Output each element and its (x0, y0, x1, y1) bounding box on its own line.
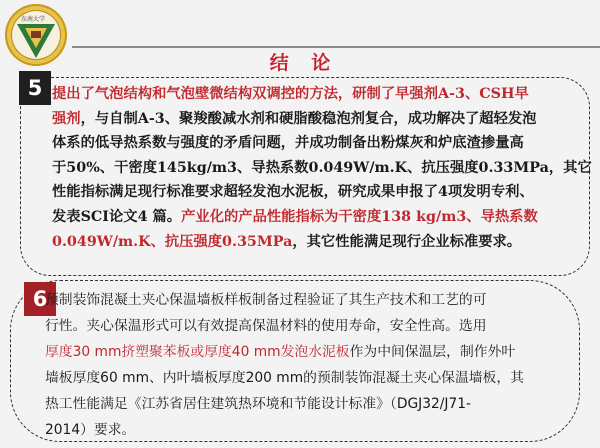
logo-text: 东南大学 (21, 14, 45, 23)
body-text: 于50%、干密度145kg/m3、导热系数0.049W/m.K、抗压强度0.33… (52, 160, 592, 176)
highlighted-text: 产业化的产品性能指标为干密度138 kg/m3、导热系数 (181, 209, 538, 225)
text-line: 热工性能满足《江苏省居住建筑热环境和节能设计标准》（DGJ32/J71- (45, 391, 565, 417)
text-line: 性能指标满足现行标准要求超轻发泡水泥板，研究成果申报了4项发明专利、 (52, 180, 550, 205)
text-line: 2014）要求。 (45, 417, 565, 443)
highlighted-text: 提出了气泡结构和气泡壁微结构双调控的方法，研制了早强剂A-3、CSH早 (52, 86, 529, 102)
text-line: 体系的低导热系数与强度的矛盾问题，并成功制备出粉煤灰和炉底渣掺量高 (52, 131, 550, 156)
body-text: 2014）要求。 (45, 422, 135, 438)
body-text: 热工性能满足《江苏省居住建筑热环境和节能设计标准》（DGJ32/J71- (45, 396, 471, 412)
body-text: 作为中间保温层，制作外叶 (350, 344, 516, 360)
text-line: 行性。夹心保温形式可以有效提高保温材料的使用寿命，安全性高。选用 (45, 313, 565, 339)
body-text: 发表SCI论文4 篇。 (52, 209, 181, 225)
text-line: 墙板厚度60 mm、内叶墙板厚度200 mm的预制装饰混凝土夹心保温墙板，其 (45, 365, 565, 391)
text-line: 0.049W/m.K、抗压强度0.35MPa，其它性能满足现行企业标准要求。 (52, 230, 550, 255)
highlighted-text: 厚度30 mm挤塑聚苯板或厚度40 mm发泡水泥板 (45, 344, 350, 360)
text-line: 于50%、干密度145kg/m3、导热系数0.049W/m.K、抗压强度0.33… (52, 156, 550, 181)
body-text: ，其它性能满足现行企业标准要求。 (292, 234, 521, 250)
slide-title: 结 论 (0, 48, 600, 75)
conclusion-text-5: 提出了气泡结构和气泡壁微结构双调控的方法，研制了早强剂A-3、CSH早强剂，与自… (52, 82, 550, 254)
body-text: 行性。夹心保温形式可以有效提高保温材料的使用寿命，安全性高。选用 (45, 318, 487, 334)
text-line: 强剂，与自制A-3、聚羧酸减水剂和硬脂酸稳泡剂复合，成功解决了超轻发泡 (52, 107, 550, 132)
body-text: 预制装饰混凝土夹心保温墙板样板制备过程验证了其生产技术和工艺的可 (45, 292, 487, 308)
body-text: 墙板厚度60 mm、内叶墙板厚度200 mm的预制装饰混凝土夹心保温墙板，其 (45, 370, 524, 386)
body-text: ，与自制A-3、聚羧酸减水剂和硬脂酸稳泡剂复合，成功解决了超轻发泡 (81, 111, 537, 127)
text-line: 预制装饰混凝土夹心保温墙板样板制备过程验证了其生产技术和工艺的可 (45, 287, 565, 313)
text-line: 厚度30 mm挤塑聚苯板或厚度40 mm发泡水泥板作为中间保温层，制作外叶 (45, 339, 565, 365)
body-text: 性能指标满足现行标准要求超轻发泡水泥板，研究成果申报了4项发明专利、 (52, 184, 534, 200)
highlighted-text: 强剂 (52, 111, 81, 127)
point-number-badge-5: 5 (19, 71, 51, 105)
highlighted-text: 0.049W/m.K、抗压强度0.35MPa (52, 234, 292, 250)
conclusion-text-6: 预制装饰混凝土夹心保温墙板样板制备过程验证了其生产技术和工艺的可行性。夹心保温形… (45, 287, 565, 443)
text-line: 发表SCI论文4 篇。产业化的产品性能指标为干密度138 kg/m3、导热系数 (52, 205, 550, 230)
text-line: 提出了气泡结构和气泡壁微结构双调控的方法，研制了早强剂A-3、CSH早 (52, 82, 550, 107)
logo-building-icon (31, 31, 41, 38)
body-text: 体系的低导热系数与强度的矛盾问题，并成功制备出粉煤灰和炉底渣掺量高 (52, 135, 524, 151)
